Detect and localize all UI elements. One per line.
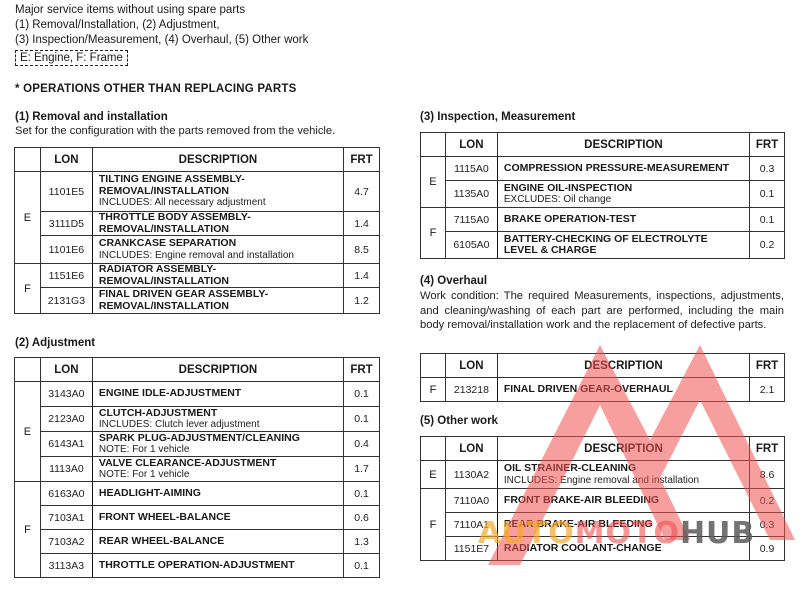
group-code-cell: F: [421, 208, 446, 259]
frt-cell: 1.3: [344, 530, 380, 554]
header-description: DESCRIPTION: [497, 133, 749, 157]
description-cell: ENGINE OIL-INSPECTIONEXCLUDES: Oil chang…: [497, 181, 749, 208]
description-cell: FRONT WHEEL-BALANCE: [92, 506, 343, 530]
table-header-row: LONDESCRIPTIONFRT: [421, 437, 785, 461]
table-inspection: LONDESCRIPTIONFRTE1115A0COMPRESSION PRES…: [420, 132, 785, 259]
frt-cell: 0.1: [344, 482, 380, 506]
description-cell: REAR BRAKE-AIR BLEEDING: [497, 513, 749, 537]
legend-box: E: Engine, F: Frame: [15, 50, 128, 66]
table-row: 1151E7RADIATOR COOLANT-CHANGE0.9: [421, 537, 785, 561]
lon-cell: 3113A3: [40, 554, 92, 578]
description-cell: FRONT BRAKE-AIR BLEEDING: [497, 489, 749, 513]
table-other: LONDESCRIPTIONFRTE1130A2OIL STRAINER-CLE…: [420, 436, 785, 561]
description-cell: COMPRESSION PRESSURE-MEASUREMENT: [497, 157, 749, 181]
group-code-cell: F: [421, 378, 446, 402]
lon-cell: 1151E6: [40, 264, 92, 288]
frt-cell: 0.1: [344, 407, 380, 432]
description-cell: ENGINE IDLE-ADJUSTMENT: [92, 382, 343, 407]
table-row: 2131G3FINAL DRIVEN GEAR ASSEMBLY-REMOVAL…: [15, 288, 380, 314]
table-header-row: LONDESCRIPTIONFRT: [421, 354, 785, 378]
group-code-cell: E: [15, 382, 41, 482]
description-text: THROTTLE BODY ASSEMBLY-: [99, 212, 339, 224]
header-group: [421, 354, 446, 378]
description-note: EXCLUDES: Oil change: [504, 194, 745, 206]
description-text: COMPRESSION PRESSURE-MEASUREMENT: [504, 163, 745, 175]
header-group: [15, 358, 41, 382]
frt-cell: 0.4: [344, 432, 380, 457]
lon-cell: 6105A0: [445, 232, 497, 259]
section-title-inspection: (3) Inspection, Measurement: [420, 111, 575, 123]
description-text: LEVEL & CHARGE: [504, 245, 745, 257]
lon-cell: 6163A0: [40, 482, 92, 506]
lon-cell: 7103A1: [40, 506, 92, 530]
description-text: VALVE CLEARANCE-ADJUSTMENT: [99, 458, 339, 470]
table-row: 3111D5THROTTLE BODY ASSEMBLY-REMOVAL/INS…: [15, 212, 380, 236]
frt-cell: 4.7: [344, 172, 380, 212]
intro-line: (3) Inspection/Measurement, (4) Overhaul…: [15, 33, 308, 48]
table-row: 1113A0VALVE CLEARANCE-ADJUSTMENTNOTE: Fo…: [15, 457, 380, 482]
lon-cell: 1130A2: [445, 461, 497, 489]
lon-cell: 7110A0: [445, 489, 497, 513]
section-title-overhaul: (4) Overhaul: [420, 275, 487, 287]
table-row: E1101E5TILTING ENGINE ASSEMBLY-REMOVAL/I…: [15, 172, 380, 212]
frt-cell: 0.3: [750, 513, 785, 537]
lon-cell: 3143A0: [40, 382, 92, 407]
description-cell: CLUTCH-ADJUSTMENTINCLUDES: Clutch lever …: [92, 407, 343, 432]
header-frt: FRT: [750, 354, 785, 378]
description-cell: THROTTLE BODY ASSEMBLY-REMOVAL/INSTALLAT…: [92, 212, 343, 236]
description-text: FRONT WHEEL-BALANCE: [99, 512, 339, 524]
table-row: 6105A0BATTERY-CHECKING OF ELECTROLYTELEV…: [421, 232, 785, 259]
header-lon: LON: [40, 358, 92, 382]
group-code-cell: E: [15, 172, 41, 264]
description-cell: RADIATOR ASSEMBLY-REMOVAL/INSTALLATION: [92, 264, 343, 288]
description-cell: BATTERY-CHECKING OF ELECTROLYTELEVEL & C…: [497, 232, 749, 259]
frt-cell: 8.5: [344, 236, 380, 264]
table-row: 7110A1REAR BRAKE-AIR BLEEDING0.3: [421, 513, 785, 537]
lon-cell: 1151E7: [445, 537, 497, 561]
table-row: E1115A0COMPRESSION PRESSURE-MEASUREMENT0…: [421, 157, 785, 181]
table-row: 1135A0ENGINE OIL-INSPECTIONEXCLUDES: Oil…: [421, 181, 785, 208]
description-text: RADIATOR COOLANT-CHANGE: [504, 543, 745, 555]
description-text: REMOVAL/INSTALLATION: [99, 276, 339, 288]
description-text: HEADLIGHT-AIMING: [99, 488, 339, 500]
description-cell: THROTTLE OPERATION-ADJUSTMENT: [92, 554, 343, 578]
lon-cell: 2131G3: [40, 288, 92, 314]
table-row: F213218FINAL DRIVEN GEAR-OVERHAUL2.1: [421, 378, 785, 402]
lon-cell: 2123A0: [40, 407, 92, 432]
description-text: ENGINE OIL-INSPECTION: [504, 183, 745, 195]
description-text: CLUTCH-ADJUSTMENT: [99, 408, 339, 420]
description-text: RADIATOR ASSEMBLY-: [99, 264, 339, 276]
header-frt: FRT: [344, 148, 380, 172]
description-text: REAR WHEEL-BALANCE: [99, 536, 339, 548]
table-row: 3113A3THROTTLE OPERATION-ADJUSTMENT0.1: [15, 554, 380, 578]
lon-cell: 7103A2: [40, 530, 92, 554]
main-heading: * OPERATIONS OTHER THAN REPLACING PARTS: [15, 83, 296, 95]
description-cell: CRANKCASE SEPARATIONINCLUDES: Engine rem…: [92, 236, 343, 264]
group-code-cell: E: [421, 461, 446, 489]
section-subtitle-removal: Set for the configuration with the parts…: [15, 125, 335, 137]
header-frt: FRT: [749, 133, 784, 157]
header-lon: LON: [40, 148, 92, 172]
frt-cell: 0.1: [344, 382, 380, 407]
description-cell: HEADLIGHT-AIMING: [92, 482, 343, 506]
section-title-removal: (1) Removal and installation: [15, 111, 168, 123]
description-text: ENGINE IDLE-ADJUSTMENT: [99, 388, 339, 400]
frt-cell: 1.2: [344, 288, 380, 314]
header-description: DESCRIPTION: [92, 148, 343, 172]
header-group: [15, 148, 41, 172]
table-removal: LONDESCRIPTIONFRTE1101E5TILTING ENGINE A…: [14, 147, 380, 314]
description-note: INCLUDES: All necessary adjustment: [99, 197, 339, 209]
table-header-row: LONDESCRIPTIONFRT: [15, 358, 380, 382]
frt-cell: 0.1: [344, 554, 380, 578]
group-code-cell: F: [421, 489, 446, 561]
header-group: [421, 133, 446, 157]
description-note: NOTE: For 1 vehicle: [99, 469, 339, 481]
description-cell: BRAKE OPERATION-TEST: [497, 208, 749, 232]
table-header-row: LONDESCRIPTIONFRT: [421, 133, 785, 157]
lon-cell: 213218: [445, 378, 497, 402]
frt-cell: 1.4: [344, 264, 380, 288]
intro-line: (1) Removal/Installation, (2) Adjustment…: [15, 18, 308, 33]
description-cell: RADIATOR COOLANT-CHANGE: [497, 537, 749, 561]
lon-cell: 7115A0: [445, 208, 497, 232]
intro-line: Major service items without using spare …: [15, 3, 308, 18]
table-header-row: LONDESCRIPTIONFRT: [15, 148, 380, 172]
frt-cell: 0.1: [749, 181, 784, 208]
frt-cell: 1.7: [344, 457, 380, 482]
header-frt: FRT: [750, 437, 785, 461]
lon-cell: 3111D5: [40, 212, 92, 236]
header-lon: LON: [445, 354, 497, 378]
description-cell: FINAL DRIVEN GEAR ASSEMBLY-REMOVAL/INSTA…: [92, 288, 343, 314]
description-text: REMOVAL/INSTALLATION: [99, 186, 339, 198]
description-cell: OIL STRAINER-CLEANINGINCLUDES: Engine re…: [497, 461, 749, 489]
table-row: F7110A0FRONT BRAKE-AIR BLEEDING0.2: [421, 489, 785, 513]
header-description: DESCRIPTION: [497, 437, 749, 461]
header-lon: LON: [445, 133, 497, 157]
header-lon: LON: [445, 437, 497, 461]
overhaul-paragraph: Work condition: The required Measurement…: [420, 289, 784, 333]
description-cell: TILTING ENGINE ASSEMBLY-REMOVAL/INSTALLA…: [92, 172, 343, 212]
header-group: [421, 437, 446, 461]
frt-cell: 0.6: [344, 506, 380, 530]
description-text: THROTTLE OPERATION-ADJUSTMENT: [99, 560, 339, 572]
frt-cell: 8.6: [750, 461, 785, 489]
description-text: FINAL DRIVEN GEAR ASSEMBLY-: [99, 289, 339, 301]
description-text: SPARK PLUG-ADJUSTMENT/CLEANING: [99, 433, 339, 445]
description-note: INCLUDES: Engine removal and installatio…: [504, 475, 745, 487]
lon-cell: 7110A1: [445, 513, 497, 537]
header-description: DESCRIPTION: [497, 354, 749, 378]
table-row: F1151E6RADIATOR ASSEMBLY-REMOVAL/INSTALL…: [15, 264, 380, 288]
table-row: 7103A2REAR WHEEL-BALANCE1.3: [15, 530, 380, 554]
lon-cell: 1101E6: [40, 236, 92, 264]
lon-cell: 6143A1: [40, 432, 92, 457]
description-cell: VALVE CLEARANCE-ADJUSTMENTNOTE: For 1 ve…: [92, 457, 343, 482]
description-cell: FINAL DRIVEN GEAR-OVERHAUL: [497, 378, 749, 402]
table-overhaul: LONDESCRIPTIONFRTF213218FINAL DRIVEN GEA…: [420, 353, 785, 402]
description-text: REMOVAL/INSTALLATION: [99, 224, 339, 236]
lon-cell: 1115A0: [445, 157, 497, 181]
lon-cell: 1101E5: [40, 172, 92, 212]
section-title-adjustment: (2) Adjustment: [15, 337, 95, 349]
header-description: DESCRIPTION: [92, 358, 343, 382]
table-row: F6163A0HEADLIGHT-AIMING0.1: [15, 482, 380, 506]
frt-cell: 0.3: [749, 157, 784, 181]
description-note: INCLUDES: Engine removal and installatio…: [99, 250, 339, 262]
frt-cell: 2.1: [750, 378, 785, 402]
table-row: F7115A0BRAKE OPERATION-TEST0.1: [421, 208, 785, 232]
frt-cell: 0.9: [750, 537, 785, 561]
table-row: 6143A1SPARK PLUG-ADJUSTMENT/CLEANINGNOTE…: [15, 432, 380, 457]
table-row: 2123A0CLUTCH-ADJUSTMENTINCLUDES: Clutch …: [15, 407, 380, 432]
frt-cell: 0.2: [750, 489, 785, 513]
description-cell: REAR WHEEL-BALANCE: [92, 530, 343, 554]
intro-block: Major service items without using spare …: [15, 3, 308, 66]
description-note: NOTE: For 1 vehicle: [99, 444, 339, 456]
group-code-cell: F: [15, 264, 41, 314]
header-frt: FRT: [344, 358, 380, 382]
table-row: 1101E6CRANKCASE SEPARATIONINCLUDES: Engi…: [15, 236, 380, 264]
frt-cell: 0.2: [749, 232, 784, 259]
section-title-other: (5) Other work: [420, 415, 498, 427]
frt-cell: 0.1: [749, 208, 784, 232]
description-text: FINAL DRIVEN GEAR-OVERHAUL: [504, 384, 745, 396]
description-text: REMOVAL/INSTALLATION: [99, 301, 339, 313]
lon-cell: 1113A0: [40, 457, 92, 482]
description-text: BRAKE OPERATION-TEST: [504, 214, 745, 226]
table-row: E3143A0ENGINE IDLE-ADJUSTMENT0.1: [15, 382, 380, 407]
table-row: E1130A2OIL STRAINER-CLEANINGINCLUDES: En…: [421, 461, 785, 489]
lon-cell: 1135A0: [445, 181, 497, 208]
description-text: CRANKCASE SEPARATION: [99, 238, 339, 250]
description-text: REAR BRAKE-AIR BLEEDING: [504, 519, 745, 531]
description-note: INCLUDES: Clutch lever adjustment: [99, 419, 339, 431]
table-row: 7103A1FRONT WHEEL-BALANCE0.6: [15, 506, 380, 530]
frt-cell: 1.4: [344, 212, 380, 236]
group-code-cell: F: [15, 482, 41, 578]
description-text: OIL STRAINER-CLEANING: [504, 463, 745, 475]
description-cell: SPARK PLUG-ADJUSTMENT/CLEANINGNOTE: For …: [92, 432, 343, 457]
description-text: FRONT BRAKE-AIR BLEEDING: [504, 495, 745, 507]
table-adjustment: LONDESCRIPTIONFRTE3143A0ENGINE IDLE-ADJU…: [14, 357, 380, 578]
group-code-cell: E: [421, 157, 446, 208]
